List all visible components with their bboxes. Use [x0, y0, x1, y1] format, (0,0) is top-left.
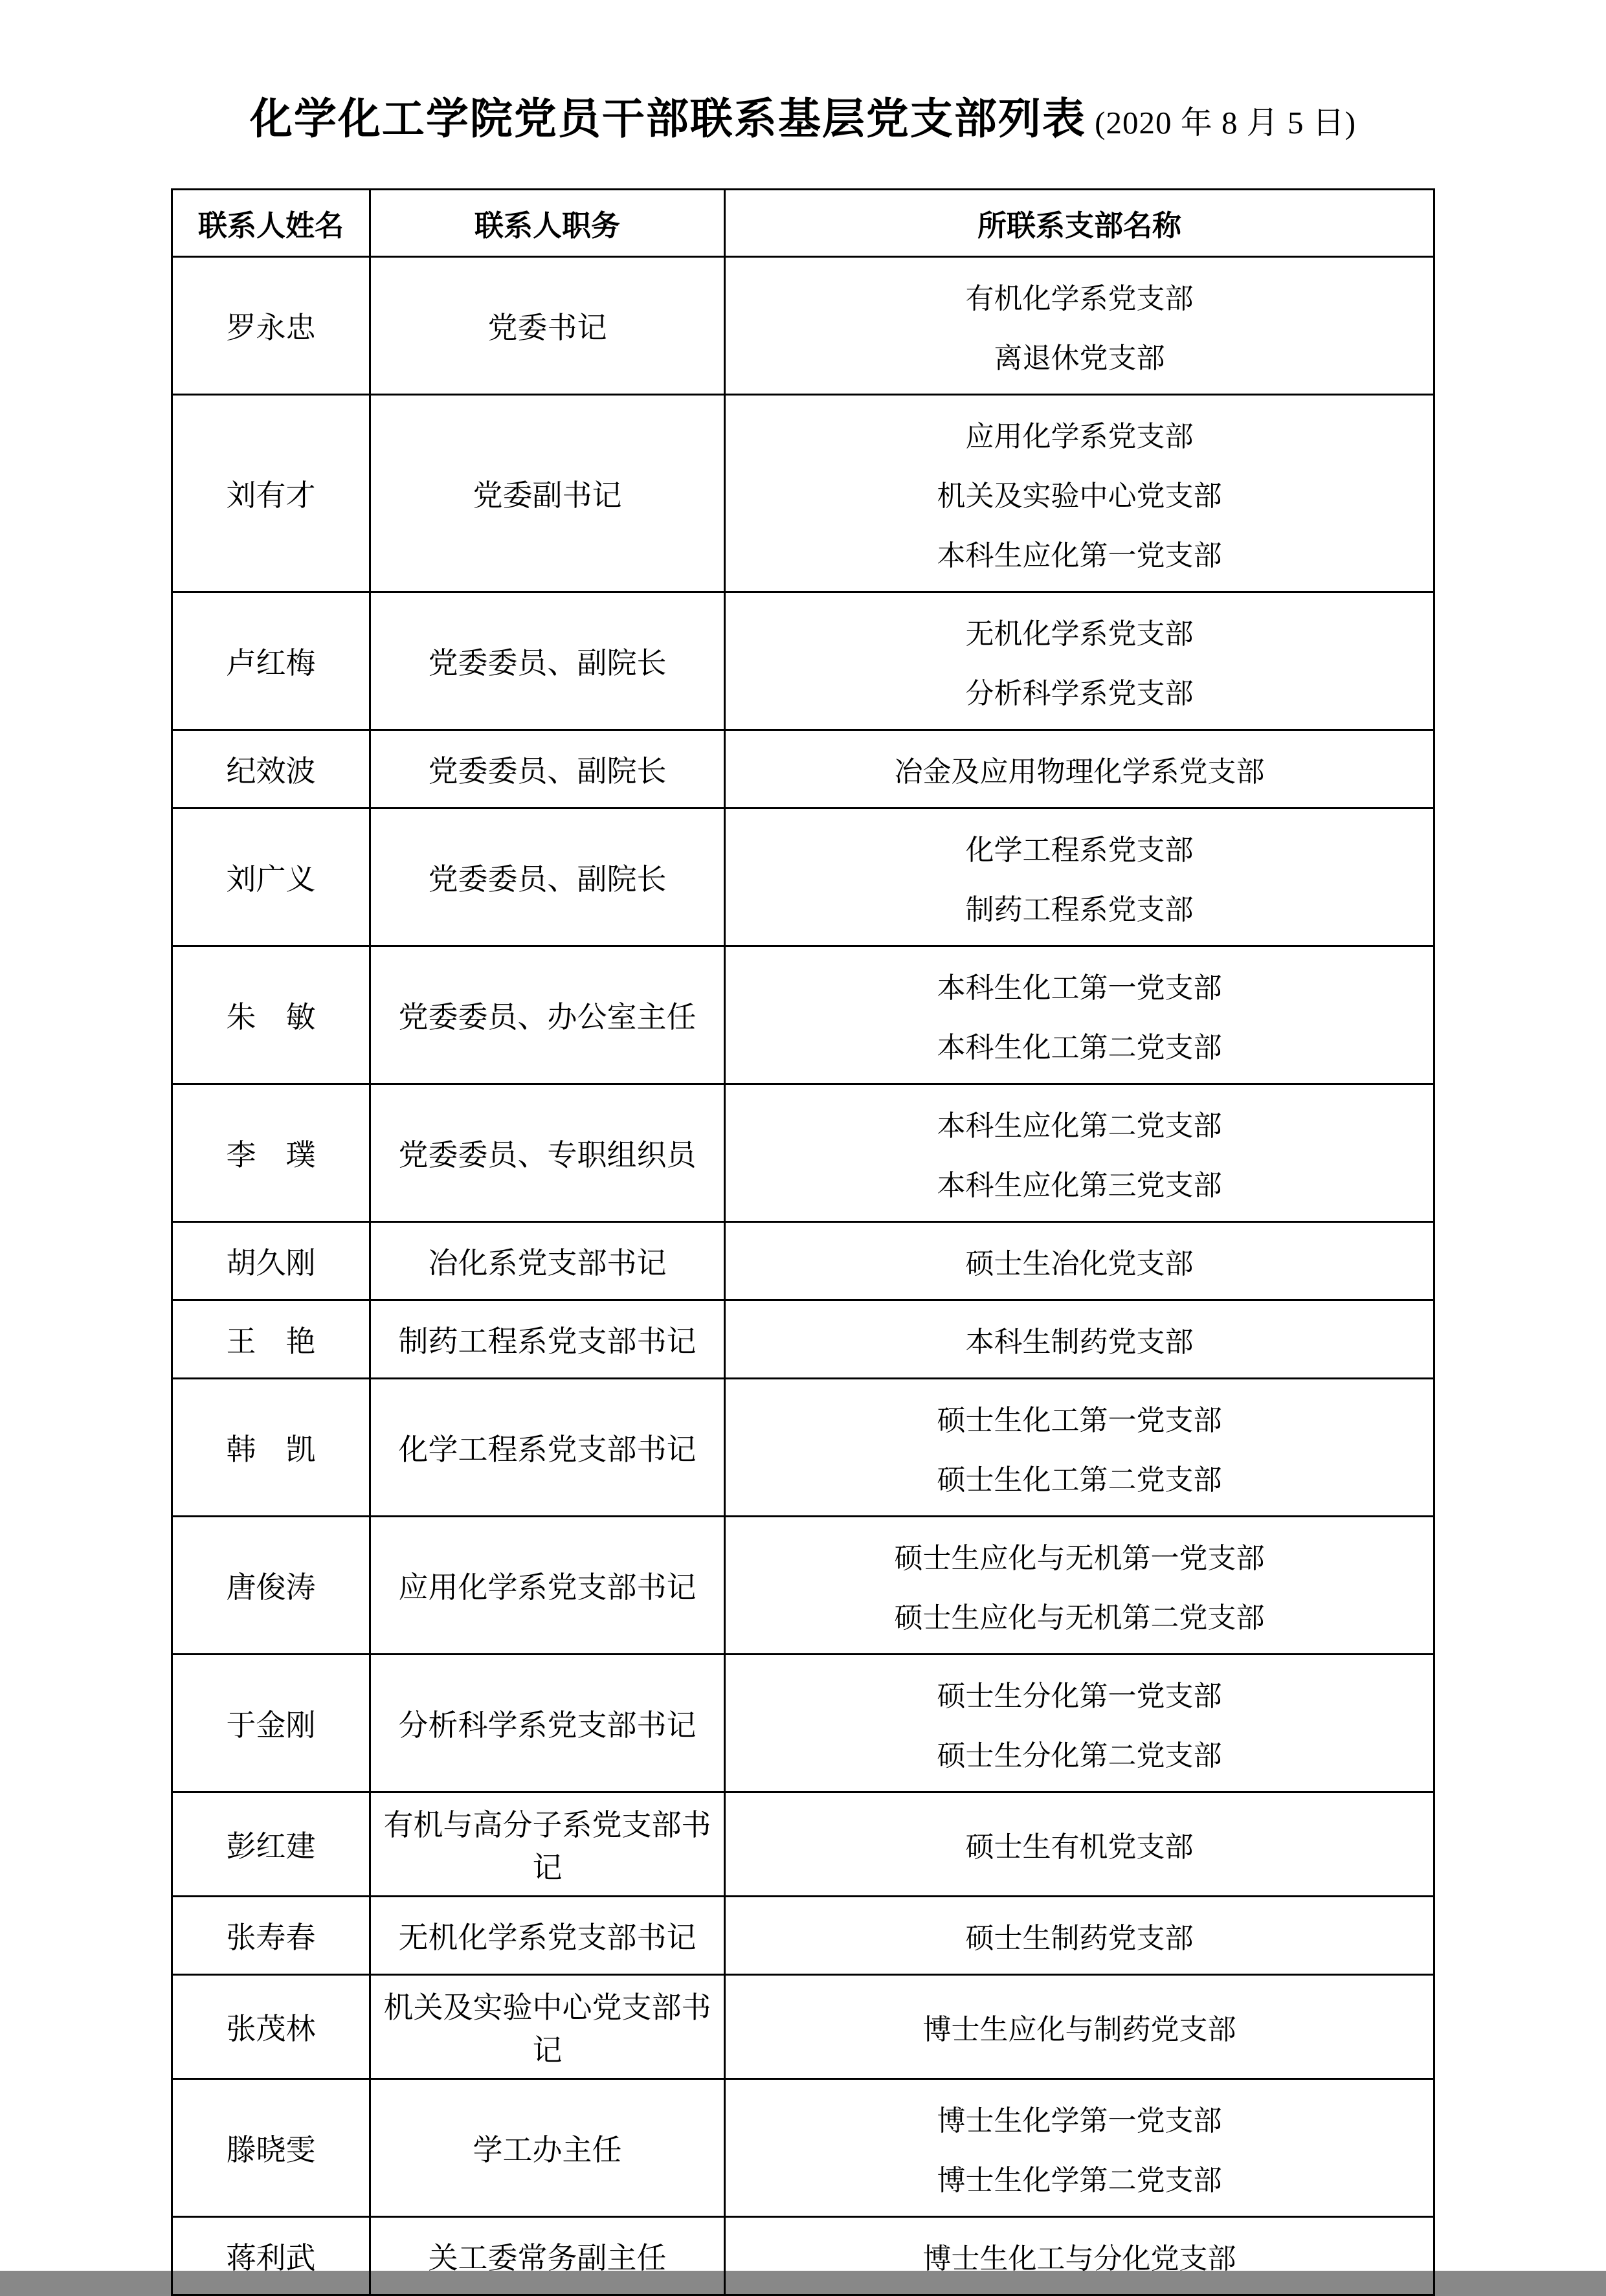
- contact-name-cell: 王 艳: [172, 1300, 370, 1379]
- branch-name-line: 博士生化工与分化党支部: [731, 2226, 1428, 2286]
- table-row: 蒋利武 关工委常务副主任 博士生化工与分化党支部: [172, 2217, 1434, 2295]
- contact-name-cell: 刘广义: [172, 808, 370, 946]
- branch-name-line: 博士生化学第二党支部: [731, 2148, 1428, 2207]
- contact-position-cell: 学工办主任: [370, 2079, 725, 2217]
- branch-name-line: 硕士生制药党支部: [731, 1906, 1428, 1965]
- branch-names-cell: 硕士生冶化党支部: [725, 1222, 1434, 1300]
- table-row: 彭红建 有机与高分子系党支部书记 硕士生有机党支部: [172, 1792, 1434, 1897]
- contact-name-cell: 张寿春: [172, 1897, 370, 1975]
- table-row: 滕晓雯 学工办主任 博士生化学第一党支部博士生化学第二党支部: [172, 2079, 1434, 2217]
- contact-name-cell: 张茂林: [172, 1975, 370, 2079]
- table-header-row: 联系人姓名 联系人职务 所联系支部名称: [172, 190, 1434, 257]
- page-title-date: (2020 年 8 月 5 日): [1086, 105, 1356, 140]
- branch-names-cell: 博士生应化与制药党支部: [725, 1975, 1434, 2079]
- branch-name-line: 本科生应化第一党支部: [731, 523, 1428, 583]
- table-row: 张寿春 无机化学系党支部书记 硕士生制药党支部: [172, 1897, 1434, 1975]
- branch-name-line: 硕士生分化第二党支部: [731, 1723, 1428, 1783]
- branch-name-line: 分析科学系党支部: [731, 661, 1428, 720]
- contact-name-cell: 蒋利武: [172, 2217, 370, 2295]
- branch-name-line: 应用化学系党支部: [731, 404, 1428, 463]
- contact-position-cell: 党委委员、专职组织员: [370, 1084, 725, 1222]
- branch-names-cell: 化学工程系党支部制药工程系党支部: [725, 808, 1434, 946]
- branch-names-cell: 有机化学系党支部离退休党支部: [725, 257, 1434, 395]
- table-row: 罗永忠 党委书记 有机化学系党支部离退休党支部: [172, 257, 1434, 395]
- header-contact-position: 联系人职务: [370, 190, 725, 257]
- branch-name-line: 机关及实验中心党支部: [731, 463, 1428, 523]
- contact-name-cell: 唐俊涛: [172, 1517, 370, 1655]
- branch-names-cell: 本科生化工第一党支部本科生化工第二党支部: [725, 946, 1434, 1084]
- contact-name-cell: 李 璞: [172, 1084, 370, 1222]
- branch-name-line: 硕士生应化与无机第二党支部: [731, 1585, 1428, 1645]
- contact-name-cell: 韩 凯: [172, 1379, 370, 1517]
- contact-position-cell: 有机与高分子系党支部书记: [370, 1792, 725, 1897]
- table-row: 韩 凯 化学工程系党支部书记 硕士生化工第一党支部硕士生化工第二党支部: [172, 1379, 1434, 1517]
- table-row: 唐俊涛 应用化学系党支部书记 硕士生应化与无机第一党支部硕士生应化与无机第二党支…: [172, 1517, 1434, 1655]
- table-row: 刘有才 党委副书记 应用化学系党支部机关及实验中心党支部本科生应化第一党支部: [172, 395, 1434, 592]
- branch-names-cell: 冶金及应用物理化学系党支部: [725, 730, 1434, 808]
- branch-name-line: 硕士生化工第一党支部: [731, 1388, 1428, 1447]
- contact-position-cell: 分析科学系党支部书记: [370, 1655, 725, 1792]
- header-contact-name: 联系人姓名: [172, 190, 370, 257]
- branch-names-cell: 硕士生应化与无机第一党支部硕士生应化与无机第二党支部: [725, 1517, 1434, 1655]
- contact-name-cell: 罗永忠: [172, 257, 370, 395]
- contact-name-cell: 朱 敏: [172, 946, 370, 1084]
- branch-names-cell: 博士生化工与分化党支部: [725, 2217, 1434, 2295]
- page-title-text: 化学化工学院党员干部联系基层党支部列表: [250, 96, 1086, 143]
- header-branch-names: 所联系支部名称: [725, 190, 1434, 257]
- branch-name-line: 博士生化学第一党支部: [731, 2088, 1428, 2148]
- contact-position-cell: 化学工程系党支部书记: [370, 1379, 725, 1517]
- contact-name-cell: 卢红梅: [172, 592, 370, 730]
- document-page: 化学化工学院党员干部联系基层党支部列表 (2020 年 8 月 5 日) 联系人…: [0, 0, 1606, 2271]
- contact-name-cell: 刘有才: [172, 395, 370, 592]
- table-row: 张茂林 机关及实验中心党支部书记 博士生应化与制药党支部: [172, 1975, 1434, 2079]
- branch-name-line: 有机化学系党支部: [731, 266, 1428, 326]
- branch-name-line: 离退休党支部: [731, 326, 1428, 385]
- branch-names-cell: 硕士生制药党支部: [725, 1897, 1434, 1975]
- contact-position-cell: 党委委员、副院长: [370, 808, 725, 946]
- table-row: 刘广义 党委委员、副院长 化学工程系党支部制药工程系党支部: [172, 808, 1434, 946]
- branch-names-cell: 无机化学系党支部分析科学系党支部: [725, 592, 1434, 730]
- branch-name-line: 本科生应化第二党支部: [731, 1093, 1428, 1153]
- table-row: 王 艳 制药工程系党支部书记 本科生制药党支部: [172, 1300, 1434, 1379]
- contact-position-cell: 机关及实验中心党支部书记: [370, 1975, 725, 2079]
- branch-name-line: 博士生应化与制药党支部: [731, 1997, 1428, 2056]
- branch-name-line: 硕士生有机党支部: [731, 1814, 1428, 1874]
- contact-name-cell: 纪效波: [172, 730, 370, 808]
- branch-name-line: 硕士生冶化党支部: [731, 1231, 1428, 1291]
- branch-names-cell: 硕士生化工第一党支部硕士生化工第二党支部: [725, 1379, 1434, 1517]
- branch-name-line: 冶金及应用物理化学系党支部: [731, 739, 1428, 799]
- branch-name-line: 制药工程系党支部: [731, 877, 1428, 937]
- table-row: 卢红梅 党委委员、副院长 无机化学系党支部分析科学系党支部: [172, 592, 1434, 730]
- contact-position-cell: 党委委员、办公室主任: [370, 946, 725, 1084]
- branch-names-cell: 博士生化学第一党支部博士生化学第二党支部: [725, 2079, 1434, 2217]
- contact-name-cell: 于金刚: [172, 1655, 370, 1792]
- contact-position-cell: 无机化学系党支部书记: [370, 1897, 725, 1975]
- contact-position-cell: 党委副书记: [370, 395, 725, 592]
- table-body: 罗永忠 党委书记 有机化学系党支部离退休党支部 刘有才 党委副书记 应用化学系党…: [172, 257, 1434, 2295]
- contact-position-cell: 党委委员、副院长: [370, 592, 725, 730]
- contact-name-cell: 滕晓雯: [172, 2079, 370, 2217]
- branch-name-line: 本科生制药党支部: [731, 1310, 1428, 1369]
- contact-name-cell: 胡久刚: [172, 1222, 370, 1300]
- table-row: 于金刚 分析科学系党支部书记 硕士生分化第一党支部硕士生分化第二党支部: [172, 1655, 1434, 1792]
- branch-name-line: 硕士生分化第一党支部: [731, 1664, 1428, 1723]
- contact-position-cell: 制药工程系党支部书记: [370, 1300, 725, 1379]
- table-row: 纪效波 党委委员、副院长 冶金及应用物理化学系党支部: [172, 730, 1434, 808]
- branch-name-line: 硕士生化工第二党支部: [731, 1447, 1428, 1507]
- branch-name-line: 化学工程系党支部: [731, 818, 1428, 877]
- branch-names-cell: 本科生应化第二党支部本科生应化第三党支部: [725, 1084, 1434, 1222]
- branch-name-line: 本科生化工第二党支部: [731, 1015, 1428, 1075]
- contact-position-cell: 党委书记: [370, 257, 725, 395]
- contact-branch-table: 联系人姓名 联系人职务 所联系支部名称 罗永忠 党委书记 有机化学系党支部离退休…: [171, 188, 1435, 2296]
- branch-names-cell: 应用化学系党支部机关及实验中心党支部本科生应化第一党支部: [725, 395, 1434, 592]
- table-row: 胡久刚 冶化系党支部书记 硕士生冶化党支部: [172, 1222, 1434, 1300]
- contact-name-cell: 彭红建: [172, 1792, 370, 1897]
- page-title: 化学化工学院党员干部联系基层党支部列表 (2020 年 8 月 5 日): [0, 84, 1606, 146]
- branch-name-line: 本科生化工第一党支部: [731, 955, 1428, 1015]
- branch-name-line: 无机化学系党支部: [731, 601, 1428, 661]
- table-row: 朱 敏 党委委员、办公室主任 本科生化工第一党支部本科生化工第二党支部: [172, 946, 1434, 1084]
- branch-name-line: 本科生应化第三党支部: [731, 1153, 1428, 1212]
- table-row: 李 璞 党委委员、专职组织员 本科生应化第二党支部本科生应化第三党支部: [172, 1084, 1434, 1222]
- contact-position-cell: 应用化学系党支部书记: [370, 1517, 725, 1655]
- contact-position-cell: 关工委常务副主任: [370, 2217, 725, 2295]
- branch-names-cell: 硕士生分化第一党支部硕士生分化第二党支部: [725, 1655, 1434, 1792]
- contact-position-cell: 冶化系党支部书记: [370, 1222, 725, 1300]
- branch-names-cell: 本科生制药党支部: [725, 1300, 1434, 1379]
- contact-position-cell: 党委委员、副院长: [370, 730, 725, 808]
- branch-name-line: 硕士生应化与无机第一党支部: [731, 1526, 1428, 1585]
- branch-names-cell: 硕士生有机党支部: [725, 1792, 1434, 1897]
